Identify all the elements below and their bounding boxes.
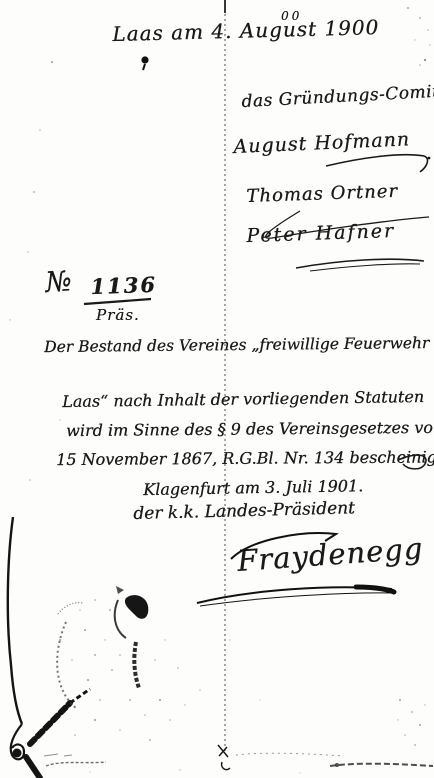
body-line-3: wird im Sinne des § 9 des Vereinsgesetze… — [66, 418, 434, 440]
committee-signature-2: Thomas Ortner — [246, 181, 398, 207]
body-line-5-place-date: Klagenfurt am 3. Juli 1901. — [143, 476, 363, 499]
dateline: Laas am 4. August 1900 — [112, 15, 380, 46]
signature-1-flourish-dot — [428, 157, 431, 160]
left-margin-pen-blob — [13, 749, 22, 758]
president-signature-underline-thick-end — [356, 587, 394, 592]
date-correction: 00 — [281, 9, 302, 23]
signature-3-underline-b — [310, 264, 420, 271]
file-number-symbol: № — [44, 264, 73, 299]
committee-signature-3: Peter Hafner — [246, 220, 395, 247]
stamp-crescent — [115, 600, 126, 638]
stamp-arc — [57, 622, 76, 708]
bottom-right-dashed-line — [330, 764, 433, 766]
fold-line-x-mark — [218, 745, 228, 757]
stamp-mark — [116, 586, 124, 594]
ink-blot-tail — [143, 64, 145, 70]
president-signature-underline-b — [200, 593, 396, 606]
body-line-2: Laas“ nach Inhalt der vorliegenden Statu… — [62, 387, 424, 411]
left-margin-pen-stroke — [8, 517, 22, 724]
file-number-office: Präs. — [96, 306, 140, 324]
committee-label: das Gründungs-Comité — [241, 81, 434, 112]
left-margin-pen-hook — [11, 724, 24, 759]
stamp-arc-small — [58, 603, 83, 614]
body-line-1: Der Bestand des Vereines „freiwillige Fe… — [44, 334, 434, 356]
file-number: 1136 — [90, 272, 157, 299]
file-number-underline — [84, 299, 151, 304]
diagonal-chain-stroke-tip — [70, 689, 90, 703]
committee-signature-1: August Hofmann — [233, 128, 410, 158]
left-margin-pen-downstroke — [26, 757, 40, 778]
ink-blot — [141, 56, 148, 63]
signature-3-underline-a — [296, 259, 424, 268]
stamp-blob — [125, 595, 148, 619]
small-dashes — [44, 754, 72, 756]
scanned-document-page: Laas am 4. August 1900 00 das Gründungs-… — [0, 0, 434, 778]
body-line-6-president-title: der k.k. Landes-Präsident — [133, 498, 355, 524]
body-line-4: 15 November 1867, R.G.Bl. Nr. 134 besche… — [56, 447, 434, 469]
diagonal-chain-stroke — [30, 703, 70, 744]
stamp-streak — [134, 642, 139, 688]
bottom-right-dash-blob — [335, 763, 339, 767]
president-signature: Fraydenegg — [236, 531, 424, 578]
bottom-left-faint-script — [46, 762, 106, 766]
fold-line-bottom-hook — [222, 762, 230, 770]
stamp-blob-2 — [140, 601, 146, 607]
signature-1-flourish — [326, 155, 427, 172]
president-signature-underline-a — [197, 587, 392, 603]
bottom-middle-faint-dashes — [236, 753, 343, 756]
